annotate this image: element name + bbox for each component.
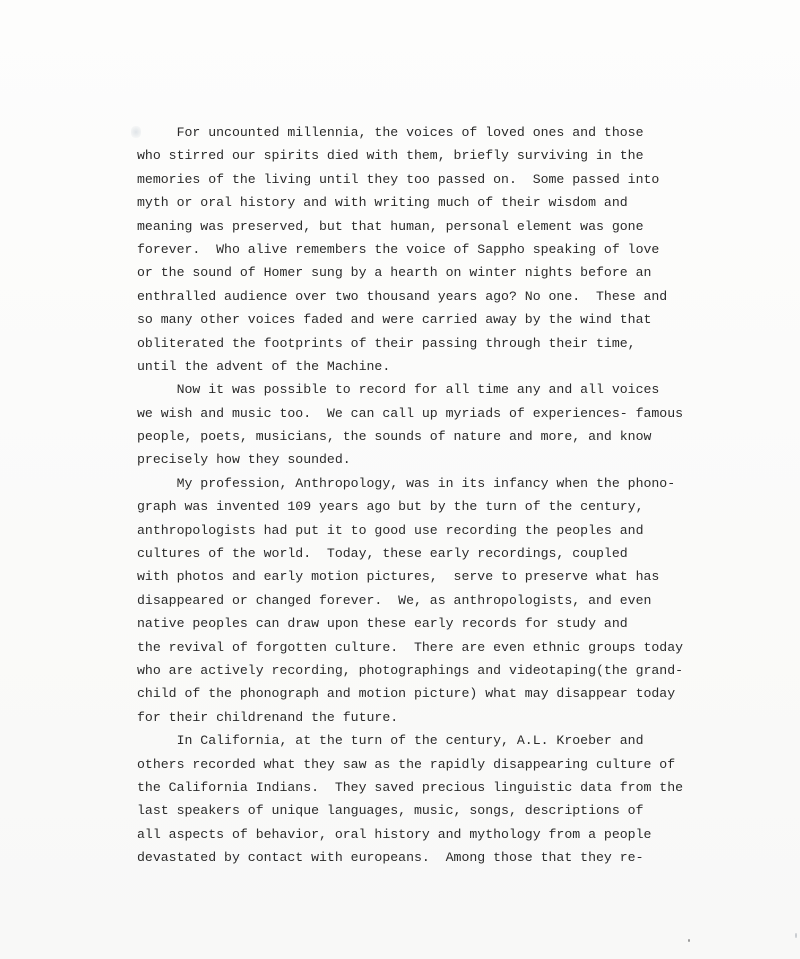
paragraph-1: For uncounted millennia, the voices of l… — [137, 121, 737, 378]
text-line: memories of the living until they too pa… — [137, 168, 737, 191]
text-line: In California, at the turn of the centur… — [137, 729, 737, 752]
text-line: people, poets, musicians, the sounds of … — [137, 425, 737, 448]
typewritten-page: For uncounted millennia, the voices of l… — [0, 0, 800, 959]
text-line: for their childrenand the future. — [137, 706, 737, 729]
text-line: meaning was preserved, but that human, p… — [137, 215, 737, 238]
paragraph-2: Now it was possible to record for all ti… — [137, 378, 737, 472]
text-line: the California Indians. They saved preci… — [137, 776, 737, 799]
text-line: with photos and early motion pictures, s… — [137, 565, 737, 588]
text-line: the revival of forgotten culture. There … — [137, 636, 737, 659]
text-line: forever. Who alive remembers the voice o… — [137, 238, 737, 261]
text-line: myth or oral history and with writing mu… — [137, 191, 737, 214]
text-line: disappeared or changed forever. We, as a… — [137, 589, 737, 612]
text-line: enthralled audience over two thousand ye… — [137, 285, 737, 308]
text-line: who are actively recording, photographin… — [137, 659, 737, 682]
text-line: For uncounted millennia, the voices of l… — [137, 121, 737, 144]
text-line: devastated by contact with europeans. Am… — [137, 846, 737, 869]
text-line: anthropologists had put it to good use r… — [137, 519, 737, 542]
text-line: all aspects of behavior, oral history an… — [137, 823, 737, 846]
text-line: native peoples can draw upon these early… — [137, 612, 737, 635]
text-line: graph was invented 109 years ago but by … — [137, 495, 737, 518]
text-line: cultures of the world. Today, these earl… — [137, 542, 737, 565]
text-line: child of the phonograph and motion pictu… — [137, 682, 737, 705]
text-line: Now it was possible to record for all ti… — [137, 378, 737, 401]
text-line: precisely how they sounded. — [137, 448, 737, 471]
text-line: last speakers of unique languages, music… — [137, 799, 737, 822]
paragraph-4: In California, at the turn of the centur… — [137, 729, 737, 869]
paper-speck — [795, 933, 797, 938]
body-text: For uncounted millennia, the voices of l… — [137, 121, 737, 870]
paragraph-3: My profession, Anthropology, was in its … — [137, 472, 737, 729]
text-line: we wish and music too. We can call up my… — [137, 402, 737, 425]
text-line: or the sound of Homer sung by a hearth o… — [137, 261, 737, 284]
text-line: who stirred our spirits died with them, … — [137, 144, 737, 167]
text-line: obliterated the footprints of their pass… — [137, 332, 737, 355]
text-line: so many other voices faded and were carr… — [137, 308, 737, 331]
paper-speck — [688, 939, 690, 942]
text-line: My profession, Anthropology, was in its … — [137, 472, 737, 495]
text-line: until the advent of the Machine. — [137, 355, 737, 378]
text-line: others recorded what they saw as the rap… — [137, 753, 737, 776]
